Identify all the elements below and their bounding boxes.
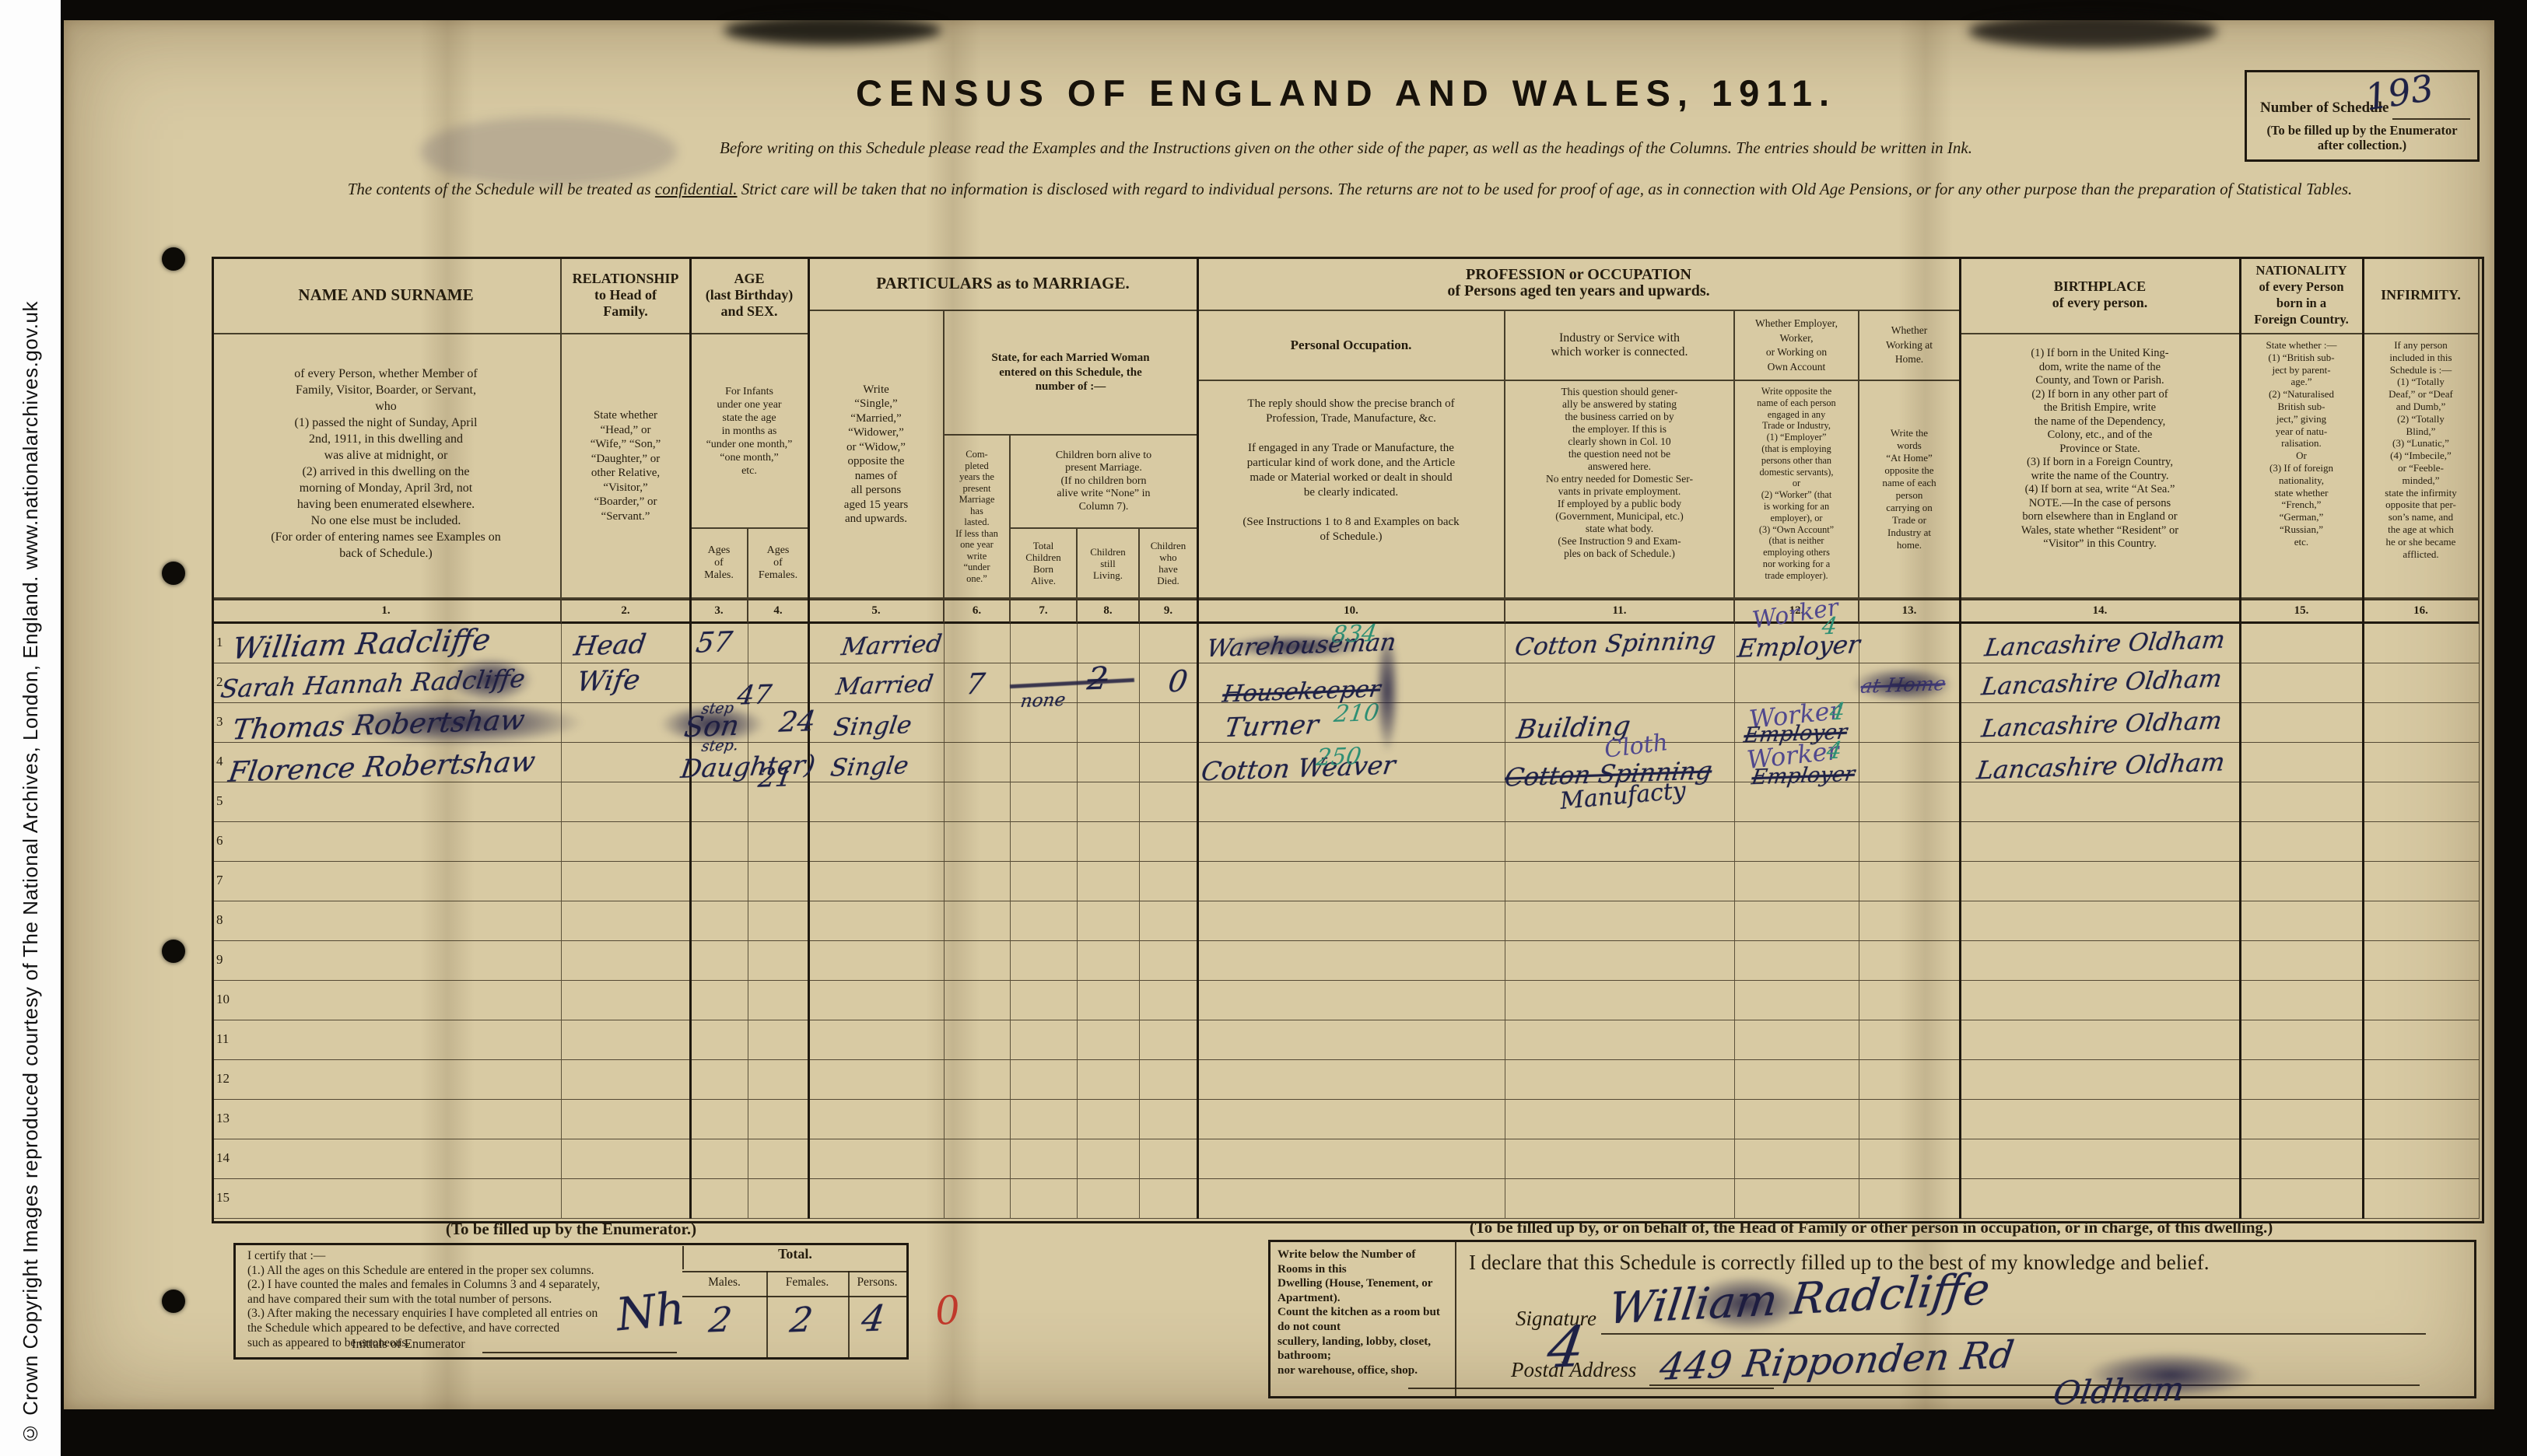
row-number: 10 xyxy=(212,981,230,1007)
table-cell xyxy=(945,981,1011,1020)
col-header-birthplace: BIRTHPLACE of every person. xyxy=(1961,257,2241,334)
table-cell: 8 xyxy=(212,901,562,941)
table-cell xyxy=(562,703,691,743)
entry-age-female: 47 xyxy=(735,679,773,711)
table-cell xyxy=(1735,981,1859,1020)
col-header-age: AGE (last Birthday) and SEX. xyxy=(691,257,809,334)
table-cell xyxy=(2241,743,2364,782)
row-number: 1 xyxy=(212,624,223,650)
table-cell xyxy=(1140,981,1198,1020)
table-cell xyxy=(1140,624,1198,663)
entry-age-female: 21 xyxy=(756,761,794,793)
table-cell xyxy=(1859,782,1961,822)
entry-marriage: Single xyxy=(829,751,910,782)
table-cell xyxy=(1961,822,2241,862)
table-cell xyxy=(1505,822,1735,862)
table-cell xyxy=(1735,901,1859,941)
table-cell xyxy=(1198,822,1505,862)
table-cell xyxy=(2364,703,2480,743)
table-cell xyxy=(809,1060,945,1100)
table-cell xyxy=(2241,862,2364,901)
table-cell xyxy=(1198,862,1505,901)
table-cell xyxy=(2364,624,2480,663)
table-cell xyxy=(1961,941,2241,981)
col-header-employer: Whether Employer, Worker, or Working on … xyxy=(1735,311,1859,381)
table-cell xyxy=(1505,1139,1735,1179)
table-cell xyxy=(562,1179,691,1219)
table-cell xyxy=(2241,941,2364,981)
census-form-page: © Crown Copyright Images reproduced cour… xyxy=(0,0,2527,1456)
entry-relationship: Head xyxy=(572,628,648,662)
column-number: 14. xyxy=(1961,599,2241,624)
table-cell xyxy=(1198,1060,1505,1100)
rooms-value-line xyxy=(1408,1388,1774,1389)
table-cell xyxy=(1011,743,1078,782)
table-cell xyxy=(945,703,1011,743)
table-cell xyxy=(691,1060,748,1100)
col-header-infirmity: INFIRMITY. xyxy=(2364,257,2480,334)
col-desc-age: For Infants under one year state the age… xyxy=(691,334,809,529)
punch-hole xyxy=(162,247,185,271)
col-desc-employer: Write opposite the name of each person e… xyxy=(1735,381,1859,599)
row-number: 4 xyxy=(212,743,223,769)
table-cell xyxy=(562,1020,691,1060)
table-cell xyxy=(1140,1020,1198,1060)
column-number: 1. xyxy=(212,599,562,624)
table-cell xyxy=(1961,1060,2241,1100)
column-number: 15. xyxy=(2241,599,2364,624)
table-cell xyxy=(1011,941,1078,981)
table-cell xyxy=(1735,663,1859,703)
entry-occupation-code: 210 xyxy=(1332,699,1381,728)
totals-persons-label: Persons. xyxy=(848,1276,906,1290)
punch-hole xyxy=(162,1290,185,1313)
row-number: 8 xyxy=(212,901,223,928)
entry-children-none: none xyxy=(1019,690,1067,712)
table-cell xyxy=(1735,1020,1859,1060)
table-cell xyxy=(562,1139,691,1179)
table-cell xyxy=(1859,1179,1961,1219)
table-cell xyxy=(1859,1100,1961,1139)
row-number: 13 xyxy=(212,1100,230,1126)
table-cell xyxy=(691,901,748,941)
table-cell: 13 xyxy=(212,1100,562,1139)
table-cell xyxy=(1198,1020,1505,1060)
intro-2-post: Strict care will be taken that no inform… xyxy=(738,180,2353,198)
table-cell xyxy=(2364,1100,2480,1139)
table-cell xyxy=(1961,1139,2241,1179)
table-cell: 14 xyxy=(212,1139,562,1179)
table-cell xyxy=(1859,743,1961,782)
table-cell xyxy=(1198,901,1505,941)
table-cell xyxy=(2364,743,2480,782)
table-cell xyxy=(1961,1100,2241,1139)
table-cell xyxy=(691,822,748,862)
table-cell xyxy=(2241,901,2364,941)
entry-occupation-code: 250 xyxy=(1314,743,1363,772)
table-cell xyxy=(1505,941,1735,981)
rooms-instruction-text: Write below the Number of Rooms in this … xyxy=(1278,1248,1449,1377)
table-cell xyxy=(2241,703,2364,743)
table-cell xyxy=(1961,901,2241,941)
table-cell xyxy=(748,981,809,1020)
table-cell xyxy=(691,1100,748,1139)
dwelling-section-header: (To be filled up by, or on behalf of, th… xyxy=(1264,1218,2478,1237)
table-cell xyxy=(1078,1139,1140,1179)
schedule-number-line xyxy=(2392,118,2470,120)
col-desc-nationality: State whether :— (1) “British sub- ject … xyxy=(2241,334,2364,599)
page-title: CENSUS OF ENGLAND AND WALES, 1911. xyxy=(467,72,2225,114)
row-number: 12 xyxy=(212,1060,230,1087)
row-number: 3 xyxy=(212,703,223,730)
group-header-marriage: PARTICULARS as to MARRIAGE. xyxy=(809,257,1198,311)
table-cell xyxy=(809,822,945,862)
row-number: 6 xyxy=(212,822,223,849)
table-cell: 11 xyxy=(212,1020,562,1060)
table-cell xyxy=(2364,1139,2480,1179)
table-cell xyxy=(562,901,691,941)
intro-2-confidential: confidential. xyxy=(655,180,738,198)
table-cell xyxy=(1198,1100,1505,1139)
entry-age-male: 57 xyxy=(694,626,734,660)
table-cell xyxy=(691,941,748,981)
table-cell xyxy=(1078,1060,1140,1100)
table-cell xyxy=(1140,782,1198,822)
col-desc-birthplace: (1) If born in the United King- dom, wri… xyxy=(1961,334,2241,599)
table-cell xyxy=(562,1100,691,1139)
table-cell xyxy=(809,941,945,981)
entry-relationship: Wife xyxy=(575,665,642,698)
entry-status-struck: Employer xyxy=(1750,762,1856,790)
table-cell xyxy=(945,862,1011,901)
table-cell xyxy=(748,1020,809,1060)
totals-divider xyxy=(682,1271,906,1272)
table-cell xyxy=(562,981,691,1020)
col-subheader-ages-males: Ages of Males. xyxy=(691,529,748,599)
punch-hole xyxy=(162,940,185,963)
col-desc-relationship: State whether “Head,” or “Wife,” “Son,” … xyxy=(562,334,691,599)
col-header-industry: Industry or Service with which worker is… xyxy=(1505,311,1735,381)
table-cell xyxy=(748,1060,809,1100)
column-number: 13. xyxy=(1859,599,1961,624)
col-subheader-ages-females: Ages of Females. xyxy=(748,529,809,599)
punch-hole xyxy=(162,562,185,585)
table-cell xyxy=(1078,981,1140,1020)
table-cell xyxy=(2241,1179,2364,1219)
table-cell xyxy=(1078,822,1140,862)
table-cell xyxy=(691,862,748,901)
table-cell: 10 xyxy=(212,981,562,1020)
table-cell xyxy=(562,941,691,981)
enumerator-certify-text: I certify that :— (1.) All the ages on t… xyxy=(247,1249,675,1350)
table-cell xyxy=(562,822,691,862)
column-number: 9. xyxy=(1140,599,1198,624)
table-cell xyxy=(1140,941,1198,981)
table-cell xyxy=(1140,743,1198,782)
table-cell xyxy=(2241,1060,2364,1100)
table-cell xyxy=(1505,1179,1735,1219)
table-cell xyxy=(945,901,1011,941)
enumerator-section-header: (To be filled up by the Enumerator.) xyxy=(233,1220,909,1239)
intro-2-pre: The contents of the Schedule will be tre… xyxy=(348,180,655,198)
entry-relationship: Daughter) xyxy=(679,749,818,784)
table-cell xyxy=(1505,1060,1735,1100)
table-cell xyxy=(691,1139,748,1179)
table-cell xyxy=(2364,941,2480,981)
table-cell xyxy=(1859,901,1961,941)
table-cell xyxy=(809,1139,945,1179)
table-cell xyxy=(809,1179,945,1219)
table-cell xyxy=(1011,1139,1078,1179)
table-cell xyxy=(1505,1100,1735,1139)
table-cell xyxy=(2241,1020,2364,1060)
entry-at-home-struck: at Home xyxy=(1859,672,1947,698)
table-cell xyxy=(562,1060,691,1100)
totals-column-line xyxy=(766,1271,768,1360)
table-cell xyxy=(748,822,809,862)
table-cell xyxy=(1078,1020,1140,1060)
table-cell xyxy=(748,1100,809,1139)
col-desc-occupation: The reply should show the precise branch… xyxy=(1198,381,1505,599)
table-cell xyxy=(1198,1139,1505,1179)
table-cell xyxy=(2364,901,2480,941)
table-cell xyxy=(945,1100,1011,1139)
table-cell xyxy=(1078,1100,1140,1139)
table-cell xyxy=(1011,782,1078,822)
table-cell xyxy=(748,901,809,941)
table-cell xyxy=(1198,1179,1505,1219)
table-cell xyxy=(1078,743,1140,782)
table-cell xyxy=(1735,1060,1859,1100)
table-cell xyxy=(1011,981,1078,1020)
table-cell xyxy=(1961,862,2241,901)
enumerator-initials-line xyxy=(482,1352,677,1353)
table-cell: 6 xyxy=(212,822,562,862)
table-cell xyxy=(2364,1020,2480,1060)
entry-marriage: Single xyxy=(832,711,913,741)
table-cell xyxy=(1735,862,1859,901)
table-cell xyxy=(562,862,691,901)
row-number: 15 xyxy=(212,1179,230,1206)
table-cell xyxy=(1078,624,1140,663)
table-cell xyxy=(2364,782,2480,822)
table-cell xyxy=(1735,822,1859,862)
col-desc-at-home: Write the words “At Home” opposite the n… xyxy=(1859,381,1961,599)
table-cell xyxy=(809,981,945,1020)
table-cell xyxy=(945,782,1011,822)
table-cell: 15 xyxy=(212,1179,562,1219)
table-cell xyxy=(1140,1139,1198,1179)
table-cell xyxy=(748,1179,809,1219)
table-cell xyxy=(691,1179,748,1219)
table-cell xyxy=(1078,862,1140,901)
column-number: 16. xyxy=(2364,599,2480,624)
table-cell xyxy=(1140,901,1198,941)
table-cell xyxy=(1735,1139,1859,1179)
table-cell xyxy=(1961,1179,2241,1219)
table-cell xyxy=(2364,663,2480,703)
column-number: 7. xyxy=(1011,599,1078,624)
table-cell xyxy=(945,1139,1011,1179)
table-cell xyxy=(1198,782,1505,822)
totals-males-label: Males. xyxy=(682,1276,766,1290)
postal-address-value-2: Oldham xyxy=(2051,1370,2187,1412)
table-cell xyxy=(1198,941,1505,981)
col-desc-years-married: Com- pleted years the present Marriage h… xyxy=(945,436,1011,599)
table-cell xyxy=(945,624,1011,663)
table-cell xyxy=(1011,822,1078,862)
table-cell xyxy=(1140,822,1198,862)
col-header-nationality: NATIONALITY of every Person born in a Fo… xyxy=(2241,257,2364,334)
table-cell xyxy=(1961,1020,2241,1060)
table-cell xyxy=(1140,1179,1198,1219)
table-cell xyxy=(1140,1100,1198,1139)
col-subheader-children-died: Children who have Died. xyxy=(1140,529,1198,599)
table-cell xyxy=(1011,1020,1078,1060)
table-cell xyxy=(2241,1100,2364,1139)
col-desc-children: Children born alive to present Marriage.… xyxy=(1011,436,1198,529)
col-subheader-children-living: Children still Living. xyxy=(1078,529,1140,599)
table-cell xyxy=(1859,822,1961,862)
col-desc-married-woman: State, for each Married Woman entered on… xyxy=(945,311,1198,436)
table-cell xyxy=(1078,901,1140,941)
table-cell xyxy=(691,1020,748,1060)
intro-line-2: The contents of the Schedule will be tre… xyxy=(230,177,2470,201)
table-cell xyxy=(1859,1139,1961,1179)
row-number: 5 xyxy=(212,782,223,809)
table-cell xyxy=(2241,663,2364,703)
table-cell xyxy=(2241,981,2364,1020)
col-desc-industry: This question should gener- ally be answ… xyxy=(1505,381,1735,599)
entry-occupation: Turner xyxy=(1223,709,1320,744)
table-cell xyxy=(2364,1179,2480,1219)
table-cell xyxy=(1011,1179,1078,1219)
table-cell xyxy=(1078,703,1140,743)
table-cell xyxy=(2241,624,2364,663)
table-cell xyxy=(1078,1179,1140,1219)
column-number: 2. xyxy=(562,599,691,624)
table-cell xyxy=(1735,1179,1859,1219)
table-cell xyxy=(2364,981,2480,1020)
dwelling-box-divider xyxy=(1455,1242,1456,1396)
table-cell xyxy=(945,822,1011,862)
table-cell xyxy=(748,862,809,901)
table-cell: 12 xyxy=(212,1060,562,1100)
table-cell xyxy=(945,1060,1011,1100)
table-cell: 9 xyxy=(212,941,562,981)
table-cell xyxy=(1198,981,1505,1020)
column-number: 6. xyxy=(945,599,1011,624)
totals-column-line xyxy=(848,1271,850,1360)
archive-copyright-strip: © Crown Copyright Images reproduced cour… xyxy=(0,0,61,1456)
table-cell: 5 xyxy=(212,782,562,822)
table-cell xyxy=(1011,624,1078,663)
table-cell xyxy=(2241,1139,2364,1179)
table-cell xyxy=(2241,822,2364,862)
table-cell xyxy=(1505,1020,1735,1060)
table-cell xyxy=(1011,1100,1078,1139)
red-annotation-zero: 0 xyxy=(934,1287,962,1334)
col-desc-infirmity: If any person included in this Schedule … xyxy=(2364,334,2480,599)
table-cell xyxy=(945,1179,1011,1219)
col-header-relationship: RELATIONSHIP to Head of Family. xyxy=(562,257,691,334)
table-cell xyxy=(1961,981,2241,1020)
table-cell xyxy=(748,624,809,663)
table-cell xyxy=(1859,624,1961,663)
table-cell xyxy=(748,1139,809,1179)
column-number: 5. xyxy=(809,599,945,624)
table-cell xyxy=(1859,981,1961,1020)
table-cell xyxy=(1735,1100,1859,1139)
table-cell xyxy=(1859,941,1961,981)
table-cell xyxy=(1140,862,1198,901)
table-cell xyxy=(945,743,1011,782)
col-subheader-children-born: Total Children Born Alive. xyxy=(1011,529,1078,599)
table-cell xyxy=(691,782,748,822)
col-header-occupation: Personal Occupation. xyxy=(1198,311,1505,381)
table-cell xyxy=(1078,782,1140,822)
column-number: 3. xyxy=(691,599,748,624)
enumerator-initials-label: Initials of Enumerator xyxy=(352,1336,465,1352)
entry-status: Employer xyxy=(1736,629,1862,663)
entry-marriage: Married xyxy=(839,630,944,661)
table-cell xyxy=(562,743,691,782)
table-cell xyxy=(809,1020,945,1060)
table-cell xyxy=(809,862,945,901)
table-cell: 7 xyxy=(212,862,562,901)
table-cell xyxy=(1859,703,1961,743)
table-cell xyxy=(1011,862,1078,901)
table-cell xyxy=(562,782,691,822)
col-desc-name: of every Person, whether Member of Famil… xyxy=(212,334,562,599)
table-cell xyxy=(945,1020,1011,1060)
table-cell xyxy=(1140,703,1198,743)
row-number: 14 xyxy=(212,1139,230,1166)
table-cell xyxy=(809,1100,945,1139)
table-cell xyxy=(809,782,945,822)
table-cell xyxy=(1140,1060,1198,1100)
table-cell xyxy=(1505,981,1735,1020)
col-desc-marital-condition: Write “Single,” “Married,” “Widower,” or… xyxy=(809,311,945,599)
table-cell xyxy=(1859,1060,1961,1100)
entry-marriage: Married xyxy=(834,670,934,701)
table-cell xyxy=(748,941,809,981)
col-header-name: NAME AND SURNAME xyxy=(212,257,562,334)
table-cell xyxy=(809,901,945,941)
table-cell xyxy=(945,941,1011,981)
column-number: 4. xyxy=(748,599,809,624)
enumerator-initials-scrawl: Nh xyxy=(614,1282,688,1342)
totals-header: Total. xyxy=(682,1246,906,1269)
column-number: 8. xyxy=(1078,599,1140,624)
table-cell xyxy=(2364,1060,2480,1100)
table-cell xyxy=(1505,901,1735,941)
table-cell xyxy=(2364,822,2480,862)
table-cell xyxy=(1859,1020,1961,1060)
table-cell xyxy=(1735,941,1859,981)
table-cell xyxy=(1011,1060,1078,1100)
column-number: 11. xyxy=(1505,599,1735,624)
table-cell xyxy=(2364,862,2480,901)
table-cell xyxy=(1859,862,1961,901)
table-cell xyxy=(1011,901,1078,941)
entry-age-male: 24 xyxy=(777,705,818,739)
table-cell xyxy=(1961,782,2241,822)
col-header-at-home: Whether Working at Home. xyxy=(1859,311,1961,381)
table-cell xyxy=(1078,941,1140,981)
intro-line-1: Before writing on this Schedule please r… xyxy=(335,138,2357,158)
row-number: 9 xyxy=(212,941,223,968)
